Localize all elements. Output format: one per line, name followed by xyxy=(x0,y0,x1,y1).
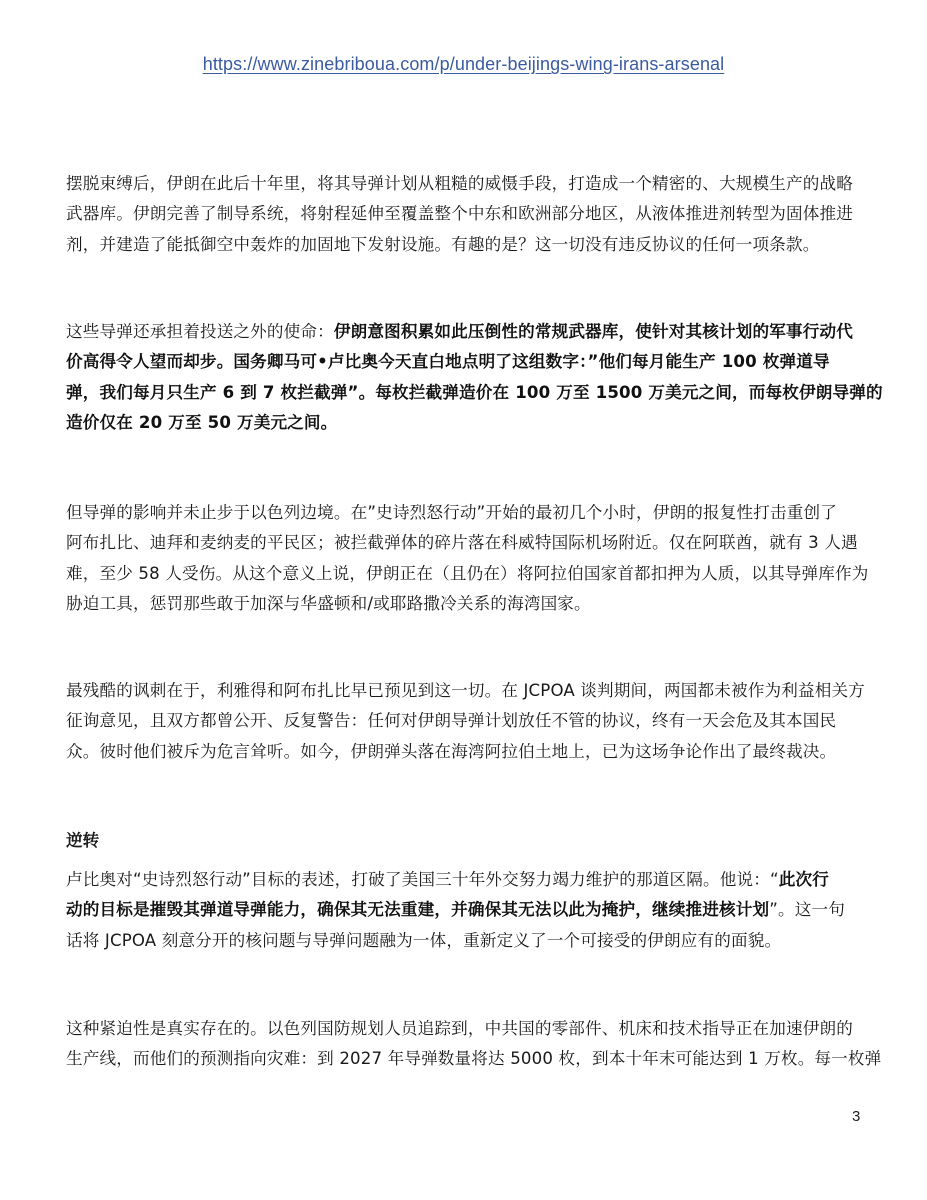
document-page: https://www.zinebriboua.com/p/under-beij… xyxy=(0,0,927,1200)
text-run: 生产线，而他们的预测指向灾难：到 2027 年导弹数量将达 5000 枚，到本十… xyxy=(66,1049,881,1068)
bold-text: 造价仅在 20 万至 50 万美元之间。 xyxy=(66,413,337,432)
bold-text: 价高得令人望而却步。国务卿马可•卢比奥今天直白地点明了这组数字：”他们每月能生产… xyxy=(66,352,830,371)
text-line: 征询意见，且双方都曾公开、反复警告：任何对伊朗导弹计划放任不管的协议，终有一天会… xyxy=(66,706,866,736)
text-line: 弹，我们每月只生产 6 到 7 枚拦截弹”。每枚拦截弹造价在 100 万至 15… xyxy=(66,378,866,408)
text-line: 这些导弹还承担着投送之外的使命：伊朗意图积累如此压倒性的常规武器库，使针对其核计… xyxy=(66,317,866,347)
text-run: 征询意见，且双方都曾公开、反复警告：任何对伊朗导弹计划放任不管的协议，终有一天会… xyxy=(66,711,836,730)
paragraph-1: 摆脱束缚后，伊朗在此后十年里，将其导弹计划从粗糙的威慑手段，打造成一个精密的、大… xyxy=(66,169,866,260)
text-line: 这种紧迫性是真实存在的。以色列国防规划人员追踪到，中共国的零部件、机床和技术指导… xyxy=(66,1014,866,1044)
text-line: 卢比奥对“史诗烈怒行动”目标的表述，打破了美国三十年外交努力竭力维护的那道区隔。… xyxy=(66,865,866,895)
text-run: 剂，并建造了能抵御空中轰炸的加固地下发射设施。有趣的是？这一切没有违反协议的任何… xyxy=(66,235,819,254)
text-line: 难，至少 58 人受伤。从这个意义上说，伊朗正在（且仍在）将阿拉伯国家首都扣押为… xyxy=(66,559,866,589)
text-line: 剂，并建造了能抵御空中轰炸的加固地下发射设施。有趣的是？这一切没有违反协议的任何… xyxy=(66,230,866,260)
text-line: 众。彼时他们被斥为危言耸听。如今，伊朗弹头落在海湾阿拉伯土地上，已为这场争论作出… xyxy=(66,737,866,767)
bold-text: 动的目标是摧毁其弹道导弹能力，确保其无法重建，并确保其无法以此为掩护，继续推进核… xyxy=(66,900,769,919)
text-line: 阿布扎比、迪拜和麦纳麦的平民区；被拦截弹体的碎片落在科威特国际机场附近。仅在阿联… xyxy=(66,528,866,558)
text-line: 但导弹的影响并未止步于以色列边境。在”史诗烈怒行动”开始的最初几个小时，伊朗的报… xyxy=(66,498,866,528)
text-line: 造价仅在 20 万至 50 万美元之间。 xyxy=(66,408,866,438)
source-url-link[interactable]: https://www.zinebriboua.com/p/under-beij… xyxy=(0,54,927,75)
section-heading: 逆转 xyxy=(66,826,99,856)
text-line: 摆脱束缚后，伊朗在此后十年里，将其导弹计划从粗糙的威慑手段，打造成一个精密的、大… xyxy=(66,169,866,199)
paragraph-5: 卢比奥对“史诗烈怒行动”目标的表述，打破了美国三十年外交努力竭力维护的那道区隔。… xyxy=(66,865,866,956)
text-run: 这些导弹还承担着投送之外的使命： xyxy=(66,322,334,341)
text-line: 话将 JCPOA 刻意分开的核问题与导弹问题融为一体，重新定义了一个可接受的伊朗… xyxy=(66,926,866,956)
text-run: 武器库。伊朗完善了制导系统，将射程延伸至覆盖整个中东和欧洲部分地区，从液体推进剂… xyxy=(66,204,853,223)
bold-text: 伊朗意图积累如此压倒性的常规武器库，使针对其核计划的军事行动代 xyxy=(334,322,853,341)
text-line: 武器库。伊朗完善了制导系统，将射程延伸至覆盖整个中东和欧洲部分地区，从液体推进剂… xyxy=(66,199,866,229)
text-run: 但导弹的影响并未止步于以色列边境。在”史诗烈怒行动”开始的最初几个小时，伊朗的报… xyxy=(66,503,837,522)
bold-text: 此次行 xyxy=(779,870,829,889)
paragraph-3: 但导弹的影响并未止步于以色列边境。在”史诗烈怒行动”开始的最初几个小时，伊朗的报… xyxy=(66,498,866,620)
bold-text: 弹，我们每月只生产 6 到 7 枚拦截弹”。每枚拦截弹造价在 100 万至 15… xyxy=(66,383,883,402)
text-run: 话将 JCPOA 刻意分开的核问题与导弹问题融为一体，重新定义了一个可接受的伊朗… xyxy=(66,931,781,950)
text-run: 胁迫工具，惩罚那些敢于加深与华盛顿和/或耶路撒冷关系的海湾国家。 xyxy=(66,594,591,613)
text-run: 这种紧迫性是真实存在的。以色列国防规划人员追踪到，中共国的零部件、机床和技术指导… xyxy=(66,1019,853,1038)
text-run: 众。彼时他们被斥为危言耸听。如今，伊朗弹头落在海湾阿拉伯土地上，已为这场争论作出… xyxy=(66,742,836,761)
text-line: 最残酷的讽刺在于，利雅得和阿布扎比早已预见到这一切。在 JCPOA 谈判期间，两… xyxy=(66,676,866,706)
text-run: 摆脱束缚后，伊朗在此后十年里，将其导弹计划从粗糙的威慑手段，打造成一个精密的、大… xyxy=(66,174,853,193)
text-line: 生产线，而他们的预测指向灾难：到 2027 年导弹数量将达 5000 枚，到本十… xyxy=(66,1044,866,1074)
paragraph-2: 这些导弹还承担着投送之外的使命：伊朗意图积累如此压倒性的常规武器库，使针对其核计… xyxy=(66,317,866,439)
text-line: 胁迫工具，惩罚那些敢于加深与华盛顿和/或耶路撒冷关系的海湾国家。 xyxy=(66,589,866,619)
text-line: 动的目标是摧毁其弹道导弹能力，确保其无法重建，并确保其无法以此为掩护，继续推进核… xyxy=(66,895,866,925)
paragraph-6: 这种紧迫性是真实存在的。以色列国防规划人员追踪到，中共国的零部件、机床和技术指导… xyxy=(66,1014,866,1075)
text-run: 难，至少 58 人受伤。从这个意义上说，伊朗正在（且仍在）将阿拉伯国家首都扣押为… xyxy=(66,564,868,583)
text-line: 价高得令人望而却步。国务卿马可•卢比奥今天直白地点明了这组数字：”他们每月能生产… xyxy=(66,347,866,377)
page-number: 3 xyxy=(852,1108,860,1125)
text-run: 阿布扎比、迪拜和麦纳麦的平民区；被拦截弹体的碎片落在科威特国际机场附近。仅在阿联… xyxy=(66,533,858,552)
text-run: 卢比奥对“史诗烈怒行动”目标的表述，打破了美国三十年外交努力竭力维护的那道区隔。… xyxy=(66,870,779,889)
text-run: 最残酷的讽刺在于，利雅得和阿布扎比早已预见到这一切。在 JCPOA 谈判期间，两… xyxy=(66,681,865,700)
paragraph-4: 最残酷的讽刺在于，利雅得和阿布扎比早已预见到这一切。在 JCPOA 谈判期间，两… xyxy=(66,676,866,767)
text-run: ”。这一句 xyxy=(769,900,845,919)
